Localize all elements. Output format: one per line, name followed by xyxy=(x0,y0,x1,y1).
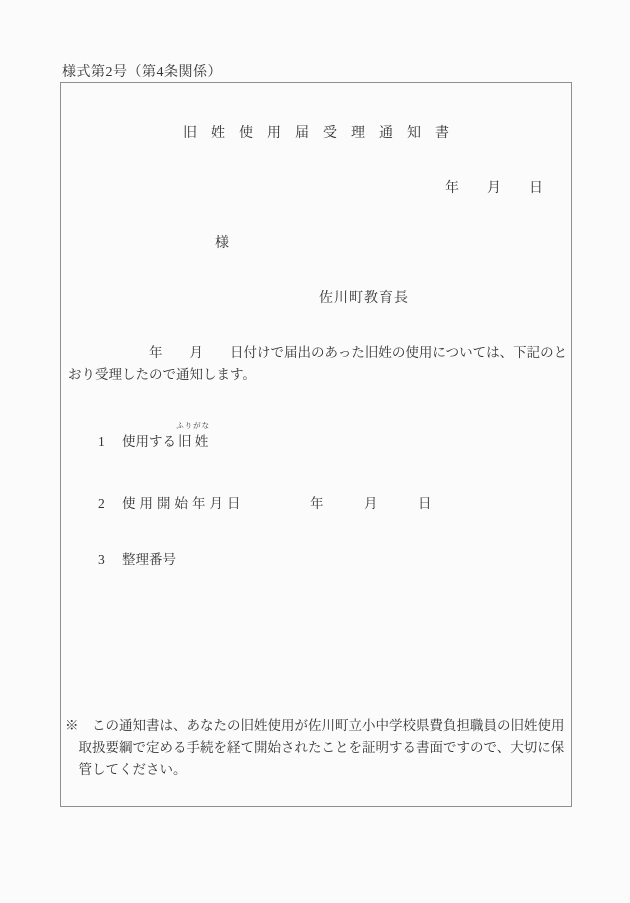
note-line-3: 管してください。 xyxy=(65,759,570,781)
furigana-text: ふりがな xyxy=(176,420,210,431)
body-line-2: おり受理したので通知します。 xyxy=(68,364,568,386)
item-row-start-date: 2使用開始年月日年 月 日 xyxy=(98,492,245,512)
item-number: 1 xyxy=(98,434,107,450)
item-row-maiden-name: 1使用するふりがな旧 姓 xyxy=(98,430,208,450)
body-line-1: 年 月 日付けで届出のあった旧姓の使用については、下記のと xyxy=(68,342,568,364)
start-date-fields: 年 月 日 xyxy=(310,492,432,512)
item-label: 使用する xyxy=(122,434,176,449)
note-line-2: 取扱要綱で定める手続を経て開始されたことを証明する書面ですので、大切に保 xyxy=(65,737,570,759)
document-box: 旧 姓 使 用 届 受 理 通 知 書 年 月 日 様 佐川町教育長 年 月 日… xyxy=(60,82,572,807)
item-label: 整理番号 xyxy=(122,552,176,567)
body-paragraph: 年 月 日付けで届出のあった旧姓の使用については、下記のと おり受理したので通知… xyxy=(68,342,568,386)
item-label: 使用開始年月日 xyxy=(122,496,245,511)
document-page: 様式第2号（第4条関係） 旧 姓 使 用 届 受 理 通 知 書 年 月 日 様… xyxy=(0,0,630,903)
form-number-label: 様式第2号（第4条関係） xyxy=(62,61,222,81)
item-number: 2 xyxy=(98,496,107,512)
item-number: 3 xyxy=(98,552,107,568)
item-row-reference-number: 3整理番号 xyxy=(98,548,176,568)
maiden-name-base: 旧 姓 xyxy=(178,434,208,449)
issue-date-line: 年 月 日 xyxy=(445,177,543,197)
addressee-honorific: 様 xyxy=(215,232,229,252)
document-title: 旧 姓 使 用 届 受 理 通 知 書 xyxy=(61,122,571,142)
issuer-name: 佐川町教育長 xyxy=(319,287,409,307)
maiden-name-ruby: ふりがな旧 姓 xyxy=(178,430,208,450)
note-line-1: ※ この通知書は、あなたの旧姓使用が佐川町立小中学校県費負担職員の旧姓使用 xyxy=(65,715,570,737)
note-paragraph: ※ この通知書は、あなたの旧姓使用が佐川町立小中学校県費負担職員の旧姓使用 取扱… xyxy=(65,715,570,781)
